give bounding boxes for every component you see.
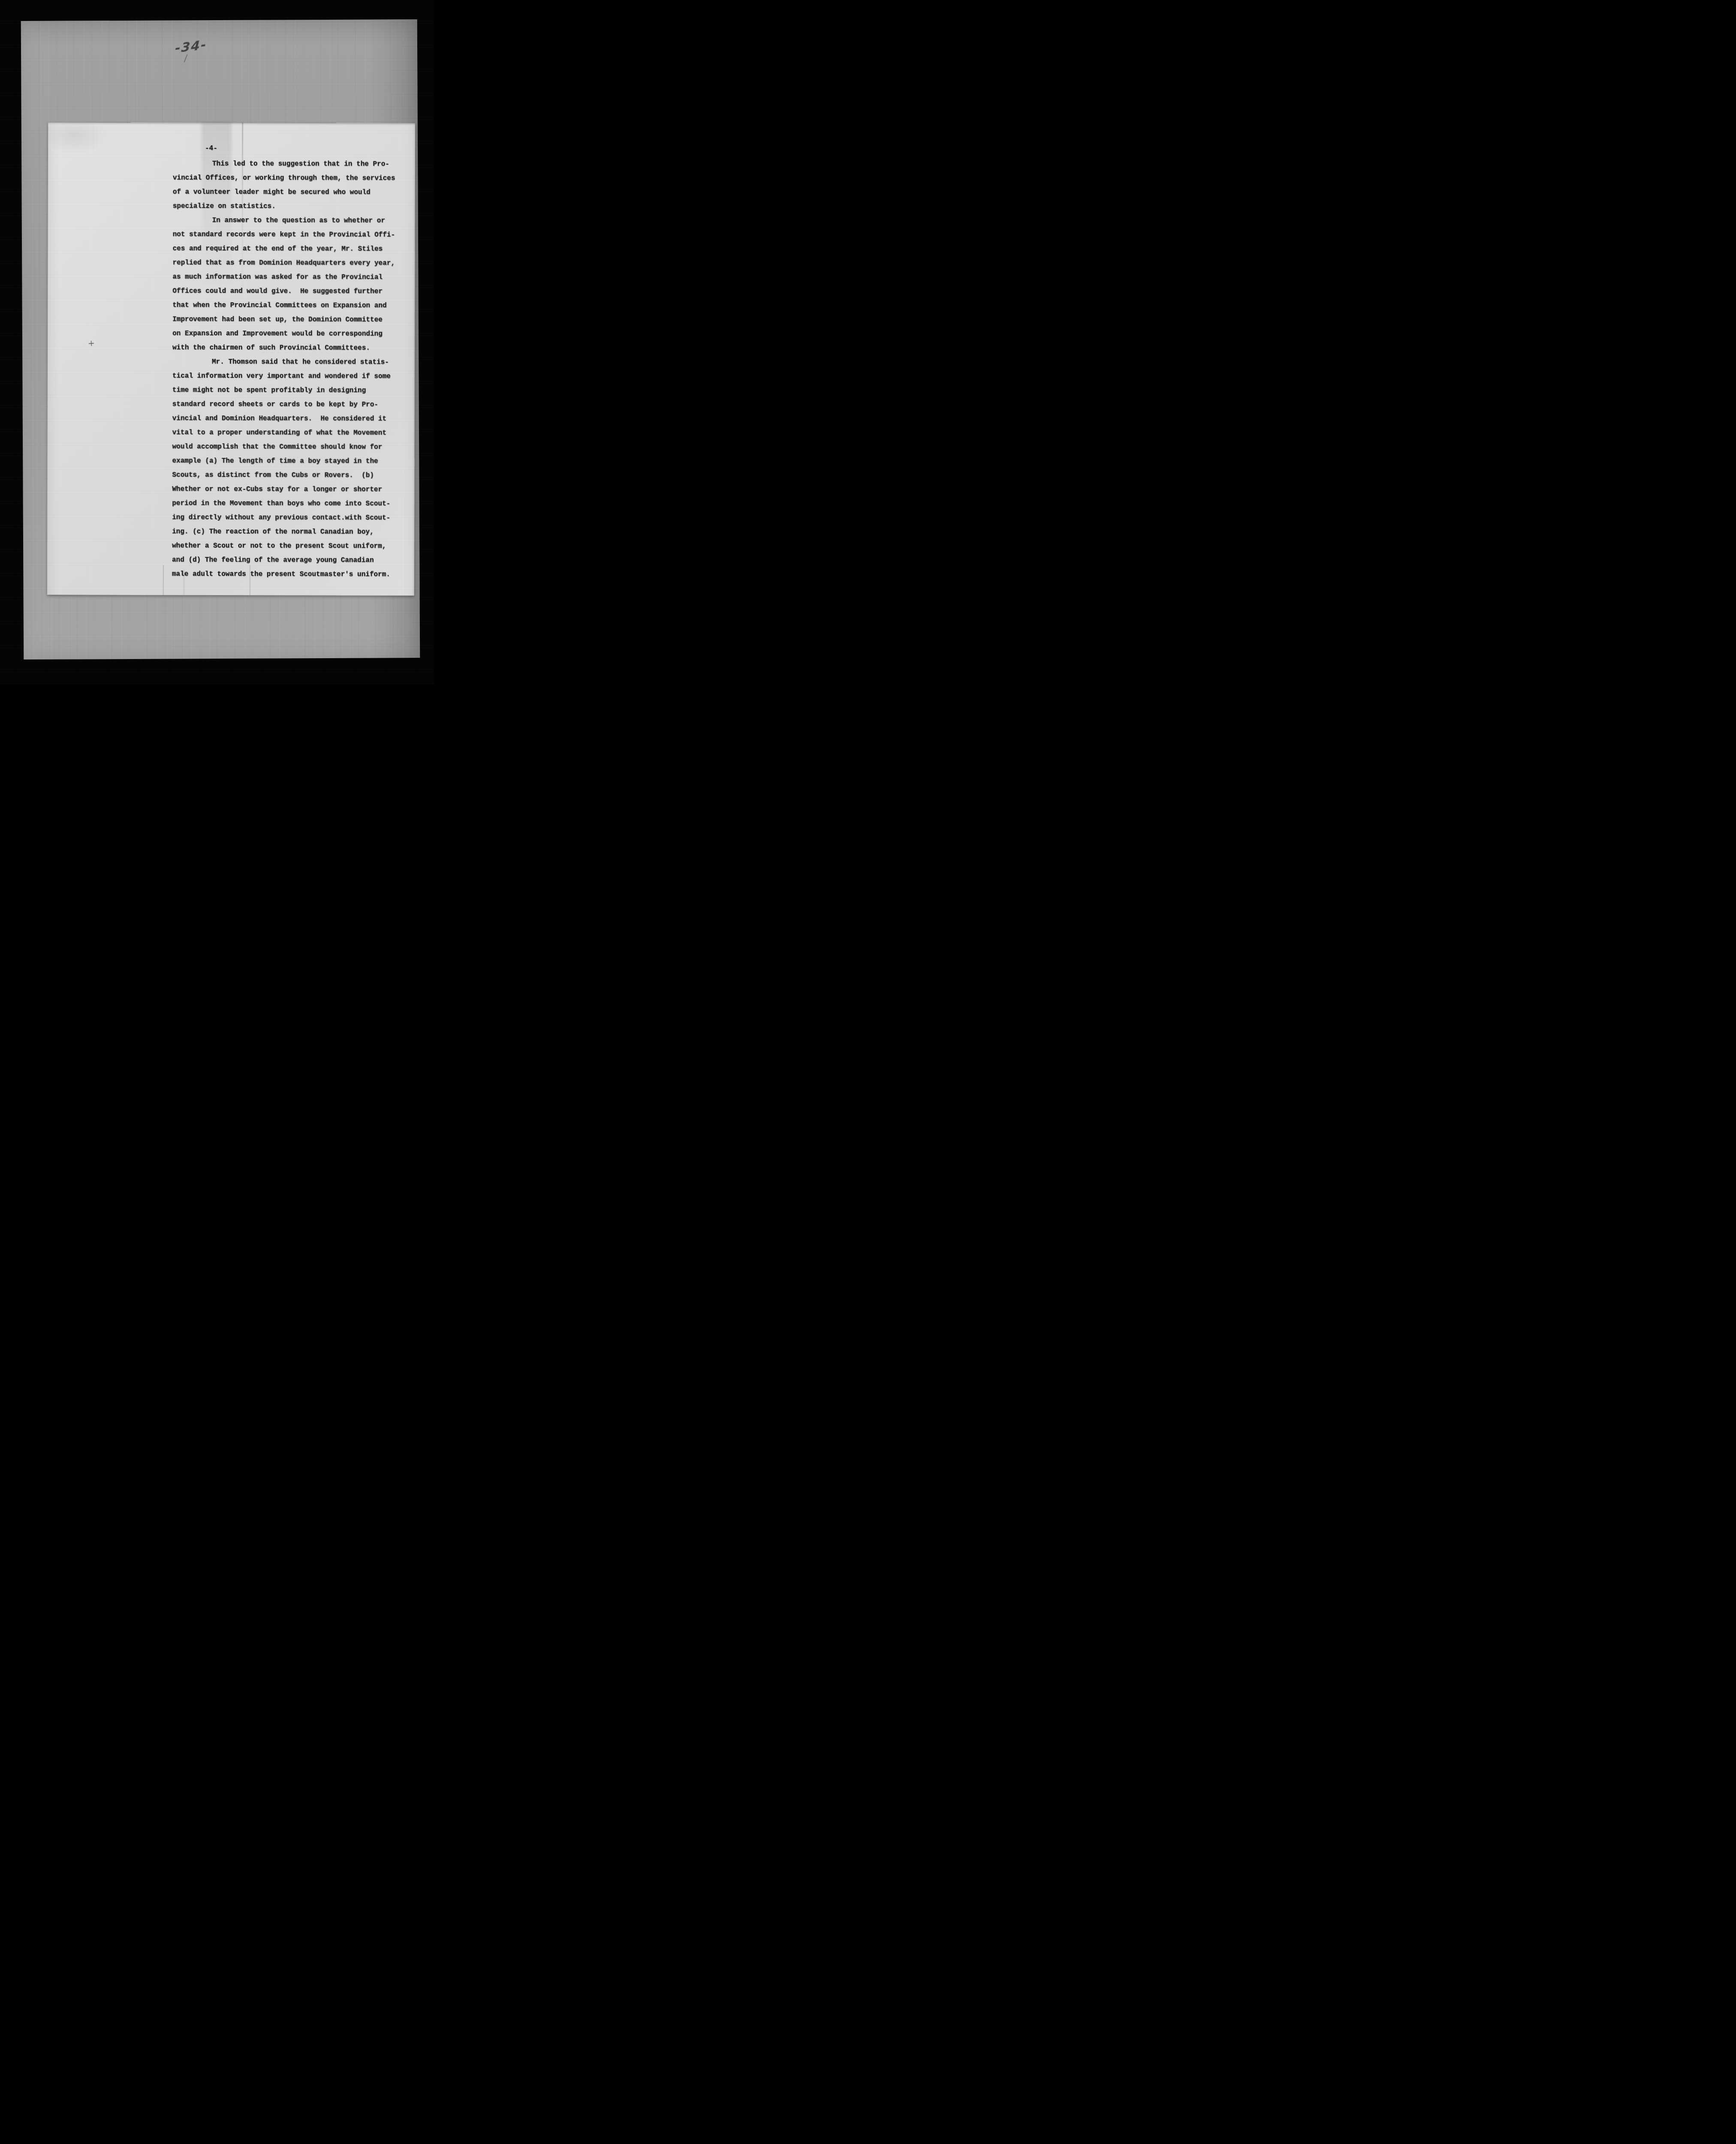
typed-line: Mr. Thomson said that he considered stat…	[172, 355, 406, 370]
typed-line: ing directly without any previous contac…	[172, 511, 406, 525]
typed-line: that when the Provincial Committees on E…	[172, 298, 406, 313]
typed-page: -4- This led to the suggestion that in t…	[47, 122, 415, 596]
typed-line: ing. (c) The reaction of the normal Cana…	[172, 525, 406, 539]
typed-line: In answer to the question as to whether …	[173, 214, 407, 228]
typed-line: of a volunteer leader might be secured w…	[173, 185, 407, 200]
typed-line: specialize on statistics.	[173, 199, 407, 214]
typed-line: and (d) The feeling of the average young…	[172, 553, 406, 568]
typed-line: as much information was asked for as the…	[172, 270, 406, 285]
typed-line: tical information very important and won…	[172, 369, 406, 384]
scan-canvas: -34- -4- This led to the suggestion that…	[0, 0, 434, 684]
typed-line: Offices could and would give. He suggest…	[172, 284, 406, 299]
typed-line: with the chairmen of such Provincial Com…	[172, 341, 406, 355]
typed-line: Improvement had been set up, the Dominio…	[172, 313, 406, 327]
pencil-cross-mark: +	[87, 338, 95, 348]
page-number: -4-	[173, 142, 407, 156]
typed-line: not standard records were kept in the Pr…	[173, 228, 407, 242]
typed-line: Scouts, as distinct from the Cubs or Rov…	[172, 468, 406, 483]
typed-line: This led to the suggestion that in the P…	[173, 157, 407, 172]
typed-line: on Expansion and Improvement would be co…	[172, 327, 406, 341]
typed-text: -4- This led to the suggestion that in t…	[172, 142, 407, 582]
typed-line: standard record sheets or cards to be ke…	[172, 397, 406, 412]
typed-line: vincial and Dominion Headquarters. He co…	[172, 412, 406, 426]
typed-line: male adult towards the present Scoutmast…	[172, 567, 406, 582]
typed-line: vincial Offices, or working through them…	[173, 171, 407, 186]
typed-line: replied that as from Dominion Headquarte…	[172, 256, 406, 271]
typed-line: time might not be spent profitably in de…	[172, 383, 406, 398]
typed-line: would accomplish that the Committee shou…	[172, 440, 406, 455]
typed-line: ces and required at the end of the year,…	[173, 242, 407, 256]
typed-line: example (a) The length of time a boy sta…	[172, 454, 406, 469]
typed-line: vital to a proper understanding of what …	[172, 426, 406, 440]
typed-line: Whether or not ex-Cubs stay for a longer…	[172, 482, 406, 497]
paper-crease	[163, 565, 164, 595]
typed-line: whether a Scout or not to the present Sc…	[172, 539, 406, 554]
typed-line: period in the Movement than boys who com…	[172, 497, 406, 511]
